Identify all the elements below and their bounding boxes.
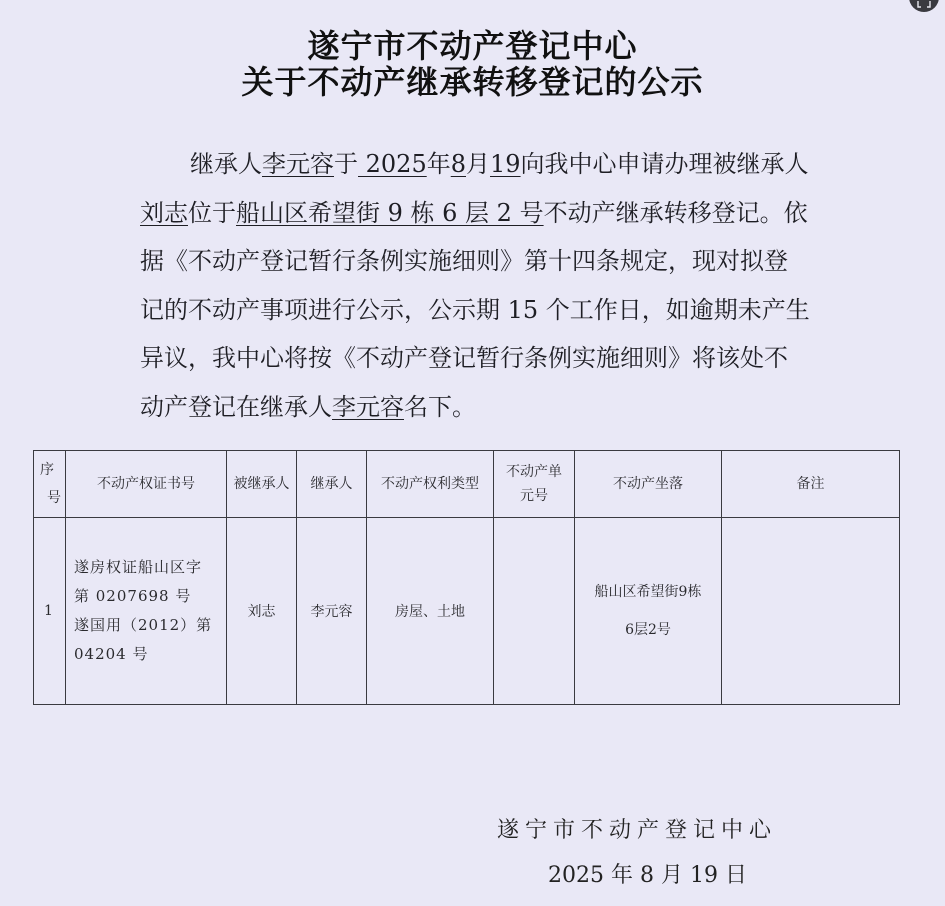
cell-right-type: 房屋、土地 [367, 518, 494, 705]
location-line: 6层2号 [575, 611, 721, 649]
header-heir: 继承人 [297, 451, 367, 518]
registration-table: 序 号 不动产权证书号 被继承人 继承人 不动产权利类型 不动产单 元号 不动产… [33, 450, 900, 705]
fullscreen-button[interactable] [909, 0, 939, 12]
page-subtitle: 关于不动产继承转移登记的公示 [0, 63, 945, 101]
text: 向我中心申请办理被继承人 [521, 150, 809, 178]
cell-decedent: 刘志 [227, 518, 297, 705]
text: 不动产继承转移登记。依据《不动产登记暂行条例实施细则》第十四条规定，现对拟登记的… [140, 199, 810, 421]
table-row: 1 遂房权证船山区字 第 0207698 号 遂国用（2012）第 04204 … [34, 518, 900, 705]
apply-year: 2025 [358, 150, 427, 178]
header-no-1: 序 [34, 456, 65, 484]
cell-no: 1 [34, 518, 66, 705]
cert-line: 遂国用（2012）第 [74, 611, 226, 640]
cell-location: 船山区希望街9栋 6层2号 [575, 518, 722, 705]
cell-note [722, 518, 900, 705]
header-cert: 不动产权证书号 [66, 451, 227, 518]
header-no-2: 号 [34, 484, 65, 512]
text: 位于 [188, 199, 236, 227]
header-unit: 不动产单 元号 [494, 451, 575, 518]
cert-line: 遂房权证船山区字 [74, 553, 226, 582]
signature-date: 2025 年 8 月 19 日 [548, 858, 747, 889]
cert-line: 第 0207698 号 [74, 582, 226, 611]
header-decedent: 被继承人 [227, 451, 297, 518]
cell-unit [494, 518, 575, 705]
header-unit-1: 不动产单 [494, 460, 574, 484]
cell-heir: 李元容 [297, 518, 367, 705]
expand-icon [917, 0, 931, 8]
property-location: 船山区希望街 9 栋 6 层 2 号 [236, 199, 544, 227]
heir-name-2: 李元容 [332, 393, 404, 421]
cert-line: 04204 号 [74, 640, 226, 669]
text: 于 [334, 150, 358, 178]
page-title: 遂宁市不动产登记中心 [0, 27, 945, 65]
header-no: 序 号 [34, 451, 66, 518]
text: 继承人 [190, 150, 262, 178]
header-note: 备注 [722, 451, 900, 518]
text: 年 [427, 150, 451, 178]
location-line: 船山区希望街9栋 [575, 573, 721, 611]
header-right-type: 不动产权利类型 [367, 451, 494, 518]
heir-name: 李元容 [262, 150, 334, 178]
text: 月 [466, 150, 490, 178]
header-location: 不动产坐落 [575, 451, 722, 518]
table-header-row: 序 号 不动产权证书号 被继承人 继承人 不动产权利类型 不动产单 元号 不动产… [34, 451, 900, 518]
notice-body: 继承人李元容于 2025年8月19向我中心申请办理被继承人刘志位于船山区希望街 … [140, 140, 810, 431]
signature-org: 遂宁市不动产登记中心 [497, 813, 777, 844]
text: 名下。 [404, 393, 476, 421]
header-unit-2: 元号 [494, 484, 574, 508]
cell-cert: 遂房权证船山区字 第 0207698 号 遂国用（2012）第 04204 号 [66, 518, 227, 705]
decedent-name: 刘志 [140, 199, 188, 227]
apply-month: 8 [451, 150, 466, 178]
apply-day: 19 [490, 150, 521, 178]
